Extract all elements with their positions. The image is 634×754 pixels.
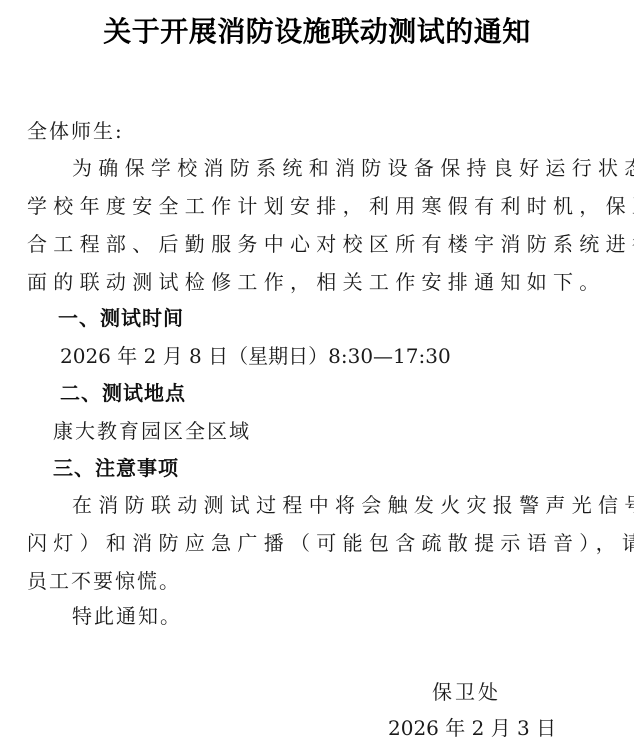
- notes-line-1: 在消防联动测试过程中将会触发火灾报警声光信号（警铃、: [72, 489, 634, 518]
- section-content-location: 康大教育园区全区域: [53, 415, 251, 444]
- section-heading-notes: 三、注意事项: [53, 452, 179, 481]
- section-heading-location: 二、测试地点: [60, 377, 186, 406]
- notes-line-3: 员工不要惊慌。: [27, 565, 181, 594]
- section-heading-time: 一、测试时间: [58, 302, 184, 331]
- section-content-time: 2026 年 2 月 8 日（星期日）8:30—17:30: [60, 340, 451, 369]
- notes-line-2: 闪灯）和消防应急广播（可能包含疏散提示语音），请留校师生: [27, 527, 634, 556]
- closing-text: 特此通知。: [72, 600, 182, 629]
- intro-line-2: 学校年度安全工作计划安排，利用寒假有利时机，保卫处将联: [27, 190, 634, 219]
- signature: 保卫处: [432, 676, 501, 705]
- issue-date: 2026 年 2 月 3 日: [388, 712, 556, 741]
- intro-line-3: 合工程部、后勤服务中心对校区所有楼宇消防系统进行一次全: [27, 228, 634, 257]
- intro-line-1: 为确保学校消防系统和消防设备保持良好运行状态。按照: [72, 152, 634, 181]
- document-title: 关于开展消防设施联动测试的通知: [0, 10, 634, 50]
- salutation: 全体师生:: [27, 115, 124, 144]
- intro-line-4: 面的联动测试检修工作，相关工作安排通知如下。: [27, 266, 606, 295]
